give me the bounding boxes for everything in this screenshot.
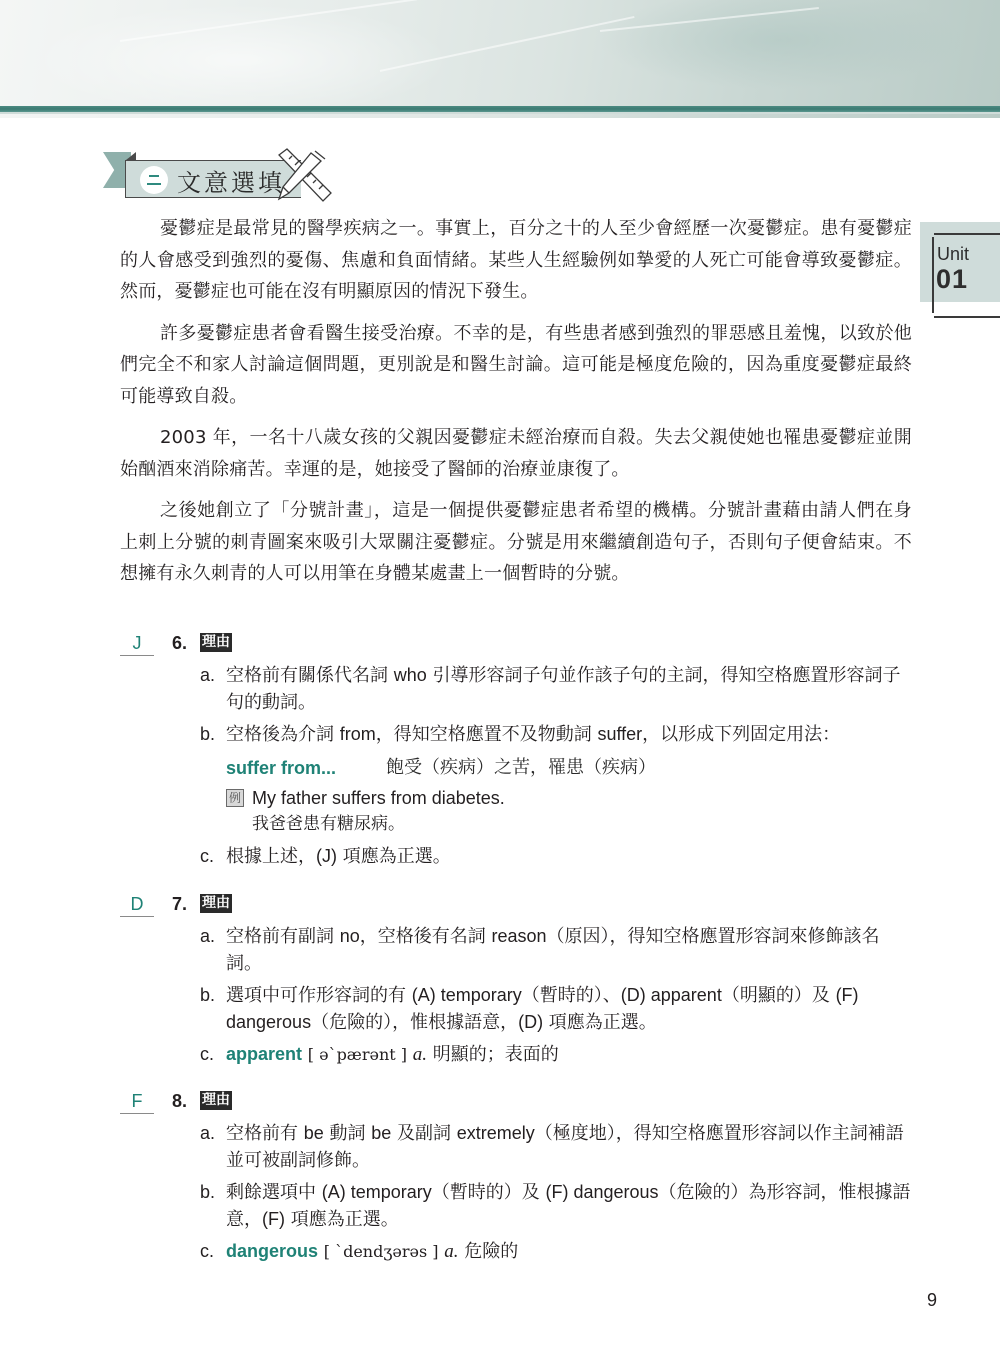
section-number-badge (140, 166, 168, 194)
unit-tab: Unit 01 (920, 222, 1000, 318)
phrase-keyword: suffer from... (226, 758, 336, 778)
question-8: F 8. 理由 a.空格前有 be 動詞 be 及副詞 extremely（極度… (120, 1090, 912, 1270)
item-marker: b. (200, 1179, 215, 1206)
question-number: 8. (172, 1090, 187, 1112)
text: 空格前有關係代名詞 (226, 665, 394, 686)
part-of-speech: a. (444, 1241, 458, 1262)
answer-blank: F (120, 1090, 154, 1114)
page-number: 9 (927, 1290, 937, 1311)
english-word: who (394, 665, 427, 685)
text: ，得知空格應置不及物動詞 (376, 724, 598, 745)
paragraph: 憂鬱症是最常見的醫學疾病之一。事實上，百分之十的人至少會經歷一次憂鬱症。患有憂鬱… (120, 213, 912, 308)
explanation-item-a: a.空格前有 be 動詞 be 及副詞 extremely（極度地），得知空格應… (200, 1120, 912, 1174)
text: 選項中可作形容詞的有 (226, 985, 412, 1006)
text: 根據上述， (226, 846, 316, 867)
english-word: extremely (457, 1123, 535, 1143)
example-sentence: 例 My father suffers from diabetes. 我爸爸患有… (226, 785, 912, 837)
header-brush-texture (0, 0, 1000, 118)
text: 項應為正選。 (285, 1209, 399, 1230)
option-label: (D) (518, 1012, 543, 1032)
text: （暫時的）及 (432, 1182, 546, 1203)
text: 空格後為介詞 (226, 724, 340, 745)
answer-blank: J (120, 632, 154, 656)
passage-translation: 憂鬱症是最常見的醫學疾病之一。事實上，百分之十的人至少會經歷一次憂鬱症。患有憂鬱… (120, 213, 912, 600)
example-chinese: 我爸爸患有糖尿病。 (252, 811, 912, 837)
explanation-item-c: c.根據上述，(J) 項應為正選。 (200, 843, 912, 870)
phonetic: [ əˋpærənt ] (308, 1045, 407, 1064)
ribbon-fold (126, 152, 136, 160)
explanation-item-a: a.空格前有關係代名詞 who 引導形容詞子句並作該子句的主詞，得知空格應置形容… (200, 662, 912, 716)
option-label: (A) temporary (412, 985, 522, 1005)
example-icon: 例 (226, 789, 244, 807)
paragraph: 2003 年，一名十八歲女孩的父親因憂鬱症未經治療而自殺。失去父親使她也罹患憂鬱… (120, 422, 912, 485)
reason-tag: 理由 (200, 633, 232, 652)
item-marker: b. (200, 721, 215, 748)
english-word: be (371, 1123, 391, 1143)
vocab-word: dangerous (226, 1241, 318, 1261)
english-word: be (304, 1123, 324, 1143)
text: 空格前有 (226, 1123, 304, 1144)
explanation-item-b: b.空格後為介詞 from，得知空格應置不及物動詞 suffer，以形成下列固定… (200, 721, 912, 748)
item-marker: a. (200, 923, 215, 950)
question-6: J 6. 理由 a.空格前有關係代名詞 who 引導形容詞子句並作該子句的主詞，… (120, 632, 912, 875)
unit-label: Unit (937, 244, 969, 265)
divider (934, 316, 1000, 318)
divider (934, 233, 1000, 235)
paragraph: 之後她創立了「分號計畫」，這是一個提供憂鬱症患者希望的機構。分號計畫藉由請人們在… (120, 495, 912, 590)
question-header: D 7. 理由 (120, 893, 912, 921)
text: （危險的），惟根據語意， (311, 1012, 518, 1033)
answer-blank: D (120, 893, 154, 917)
item-marker: c. (200, 1238, 214, 1265)
ruler-pencil-icon (271, 147, 337, 205)
phrase-meaning: 飽受（疾病）之苦，罹患（疾病） (386, 753, 656, 783)
header-rule-highlight (0, 112, 1000, 114)
text: 及副詞 (391, 1123, 456, 1144)
phrase-usage: suffer from... 飽受（疾病）之苦，罹患（疾病） (226, 753, 912, 783)
vocab-meaning: 危險的 (464, 1241, 518, 1262)
english-word: from (340, 724, 376, 744)
question-number: 7. (172, 893, 187, 915)
item-marker: c. (200, 1041, 214, 1068)
explanation-item-c: c.dangerous [ ˋdendʒərəs ] a. 危險的 (200, 1238, 912, 1265)
text: （暫時的）、 (522, 985, 621, 1006)
part-of-speech: a. (413, 1044, 427, 1065)
option-label: (A) temporary (322, 1182, 432, 1202)
brush-stroke (600, 7, 819, 32)
english-word: reason (492, 926, 547, 946)
text: 空格前有副詞 (226, 926, 340, 947)
phonetic: [ ˋdendʒərəs ] (324, 1242, 439, 1261)
section-banner: 文意選填 (103, 147, 333, 207)
vocab-word: apparent (226, 1044, 302, 1064)
paragraph: 許多憂鬱症患者會看醫生接受治療。不幸的是，有些患者感到強烈的罪惡感且羞愧，以致於… (120, 318, 912, 413)
option-label: (J) (316, 846, 337, 866)
example-english: My father suffers from diabetes. (252, 785, 912, 811)
reason-tag: 理由 (200, 894, 232, 913)
english-word: suffer (597, 724, 642, 744)
text: 項應為正選。 (337, 846, 451, 867)
text: （明顯的）及 (722, 985, 836, 1006)
text: ，以形成下列固定用法： (642, 724, 840, 745)
english-word: no (340, 926, 360, 946)
question-number: 6. (172, 632, 187, 654)
question-header: J 6. 理由 (120, 632, 912, 660)
explanation-item-b: b.剩餘選項中 (A) temporary（暫時的）及 (F) dangerou… (200, 1179, 912, 1233)
text: 動詞 (324, 1123, 371, 1144)
explanation-item-b: b.選項中可作形容詞的有 (A) temporary（暫時的）、(D) appa… (200, 982, 912, 1036)
section-number-glyph-stroke (147, 183, 161, 185)
brush-stroke (380, 16, 635, 72)
explanation-item-a: a.空格前有副詞 no，空格後有名詞 reason（原因），得知空格應置形容詞來… (200, 923, 912, 977)
reason-tag: 理由 (200, 1091, 232, 1110)
brush-stroke (120, 0, 417, 42)
text: 項應為正選。 (543, 1012, 657, 1033)
item-marker: a. (200, 662, 215, 689)
item-marker: a. (200, 1120, 215, 1147)
section-number-glyph-stroke (149, 175, 159, 177)
divider (932, 237, 934, 313)
explanation-item-c: c.apparent [ əˋpærənt ] a. 明顯的；表面的 (200, 1041, 912, 1068)
option-label: (D) apparent (621, 985, 722, 1005)
unit-number: 01 (936, 264, 968, 295)
section-title: 文意選填 (177, 163, 285, 198)
item-marker: b. (200, 982, 215, 1009)
option-label: (F) dangerous (546, 1182, 659, 1202)
option-label: (F) (262, 1209, 285, 1229)
text: ，空格後有名詞 (360, 926, 492, 947)
text: 剩餘選項中 (226, 1182, 322, 1203)
item-marker: c. (200, 843, 214, 870)
question-7: D 7. 理由 a.空格前有副詞 no，空格後有名詞 reason（原因），得知… (120, 893, 912, 1073)
vocab-meaning: 明顯的；表面的 (433, 1044, 559, 1065)
question-header: F 8. 理由 (120, 1090, 912, 1118)
